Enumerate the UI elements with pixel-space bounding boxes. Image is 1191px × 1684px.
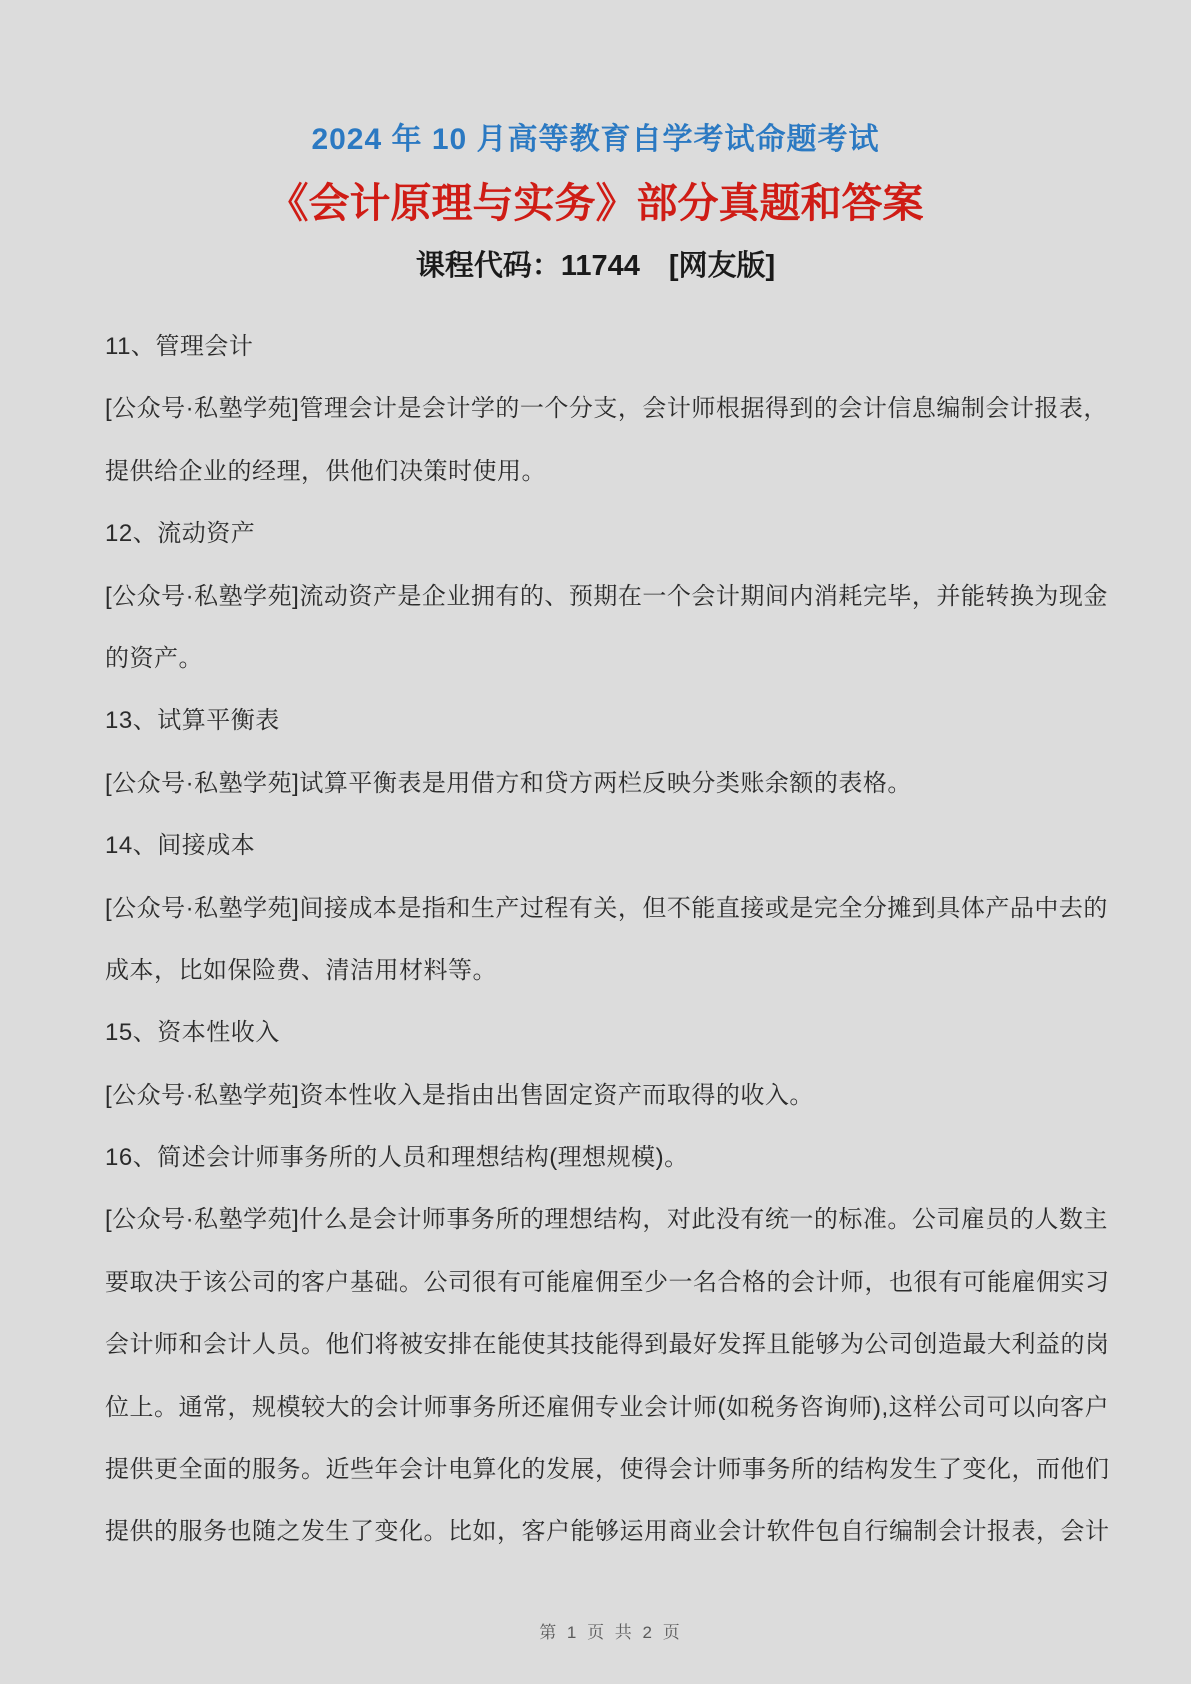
body-line: 提供更全面的服务。近些年会计电算化的发展，使得会计师事务所的结构发生了变化，而他… [105,1439,1090,1501]
body-line: [公众号·私塾学苑]资本性收入是指由出售固定资产而取得的收入。 [105,1065,1090,1127]
body-line: 要取决于该公司的客户基础。公司很有可能雇佣至少一名合格的会计师，也很有可能雇佣实… [105,1252,1090,1314]
document-body: 11、管理会计[公众号·私塾学苑]管理会计是会计学的一个分支，会计师根据得到的会… [105,316,1090,1564]
body-line: 15、资本性收入 [105,1002,1090,1064]
course-code-line: 课程代码：11744 [网友版] [0,250,1191,282]
exam-session-title: 2024 年 10 月高等教育自学考试命题考试 [0,124,1191,156]
body-line: [公众号·私塾学苑]间接成本是指和生产过程有关，但不能直接或是完全分摊到具体产品… [105,878,1090,940]
body-line: 13、试算平衡表 [105,690,1090,752]
course-title: 《会计原理与实务》部分真题和答案 [0,180,1191,226]
body-line: 提供的服务也随之发生了变化。比如，客户能够运用商业会计软件包自行编制会计报表，会… [105,1501,1090,1563]
page-footer: 第 1 页 共 2 页 [0,1600,1191,1666]
body-line: [公众号·私塾学苑]管理会计是会计学的一个分支，会计师根据得到的会计信息编制会计… [105,378,1090,440]
body-line: [公众号·私塾学苑]试算平衡表是用借方和贷方两栏反映分类账余额的表格。 [105,753,1090,815]
page-number-label: 第 1 页 共 2 页 [539,1623,683,1642]
body-line: 11、管理会计 [105,316,1090,378]
body-line: 成本，比如保险费、清洁用材料等。 [105,940,1090,1002]
body-line: 16、简述会计师事务所的人员和理想结构(理想规模)。 [105,1127,1090,1189]
document-page: 2024 年 10 月高等教育自学考试命题考试 《会计原理与实务》部分真题和答案… [0,0,1191,1684]
body-line: [公众号·私塾学苑]什么是会计师事务所的理想结构，对此没有统一的标准。公司雇员的… [105,1189,1090,1251]
body-line: 12、流动资产 [105,503,1090,565]
body-line: [公众号·私塾学苑]流动资产是企业拥有的、预期在一个会计期间内消耗完毕，并能转换… [105,566,1090,628]
body-line: 会计师和会计人员。他们将被安排在能使其技能得到最好发挥且能够为公司创造最大利益的… [105,1314,1090,1376]
body-line: 位上。通常，规模较大的会计师事务所还雇佣专业会计师(如税务咨询师),这样公司可以… [105,1377,1090,1439]
body-line: 14、间接成本 [105,815,1090,877]
body-line: 的资产。 [105,628,1090,690]
body-line: 提供给企业的经理，供他们决策时使用。 [105,441,1090,503]
